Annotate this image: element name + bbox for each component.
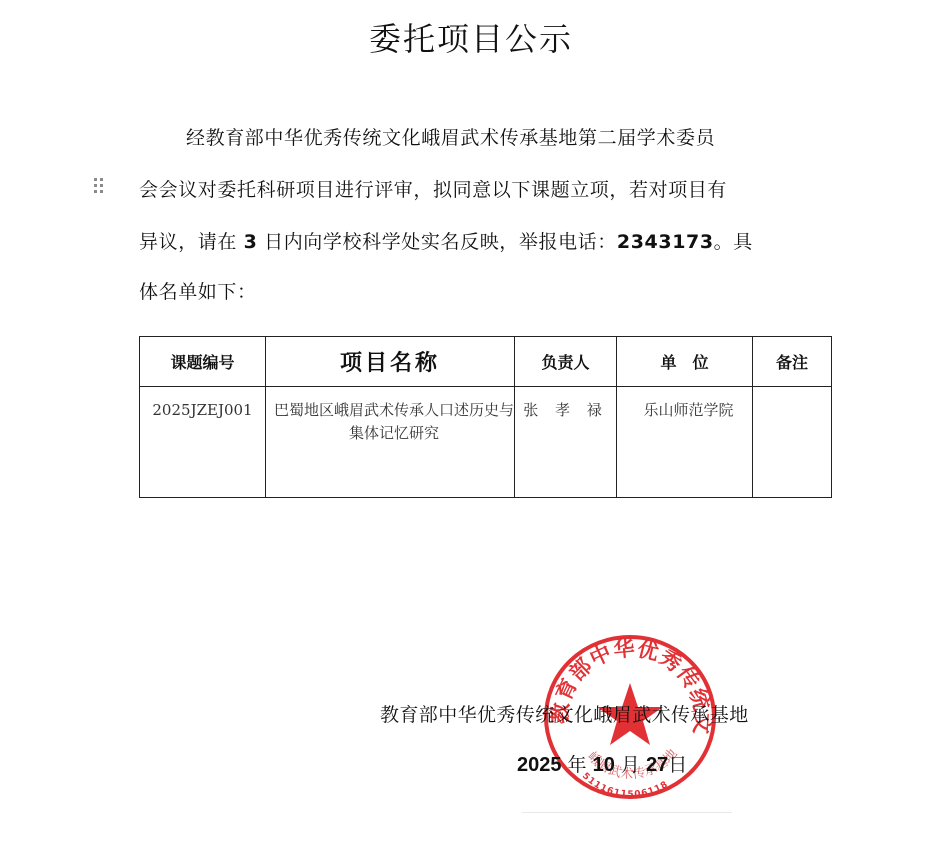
signature-date: 2025 年 10 月 27日 — [517, 750, 687, 777]
cell-leader: 张 孝 禄 — [515, 387, 617, 498]
header-project-id: 课题编号 — [140, 337, 266, 387]
page-title: 委托项目公示 — [0, 14, 942, 60]
paragraph-line-1: 经教育部中华优秀传统文化峨眉武术传承基地第二届学术委员 — [186, 123, 715, 150]
date-year: 2025 — [517, 754, 562, 776]
table-row: 2025JZEJ001 巴蜀地区峨眉武术传承人口述历史与集体记忆研究 张 孝 禄… — [140, 387, 832, 498]
header-leader: 负责人 — [515, 337, 617, 387]
signature-organization: 教育部中华优秀传统文化峨眉武术传承基地 — [380, 700, 749, 727]
table-header-row: 课题编号 项目名称 负责人 单 位 备注 — [140, 337, 832, 387]
divider — [522, 812, 732, 813]
text: 日内向学校科学处实名反映，举报电话： — [257, 231, 616, 253]
date-month: 10 — [593, 754, 615, 776]
date-day: 27 — [646, 754, 668, 776]
project-table: 课题编号 项目名称 负责人 单 位 备注 2025JZEJ001 巴蜀地区峨眉武… — [139, 336, 832, 498]
cell-project-id: 2025JZEJ001 — [140, 387, 266, 498]
date-year-unit: 年 — [562, 754, 593, 776]
paragraph-line-4: 体名单如下： — [139, 277, 257, 304]
cell-project-name: 巴蜀地区峨眉武术传承人口述历史与集体记忆研究 — [266, 387, 515, 498]
paragraph-line-3: 异议，请在 3 日内向学校科学处实名反映，举报电话：2343173。具 — [139, 227, 753, 254]
text: 。具 — [714, 231, 753, 253]
header-unit: 单 位 — [617, 337, 753, 387]
text: 异议，请在 — [139, 231, 244, 253]
days-count: 3 — [244, 231, 258, 253]
paragraph-line-2: 会会议对委托科研项目进行评审，拟同意以下课题立项，若对项目有 — [139, 175, 727, 202]
header-project-name: 项目名称 — [266, 337, 515, 387]
report-phone-number: 2343173 — [617, 231, 714, 253]
header-remark: 备注 — [753, 337, 832, 387]
paragraph-drag-handle-icon[interactable] — [94, 178, 104, 194]
date-month-unit: 月 — [615, 754, 646, 776]
cell-unit: 乐山师范学院 — [617, 387, 753, 498]
cell-remark — [753, 387, 832, 498]
date-day-unit: 日 — [668, 754, 687, 776]
